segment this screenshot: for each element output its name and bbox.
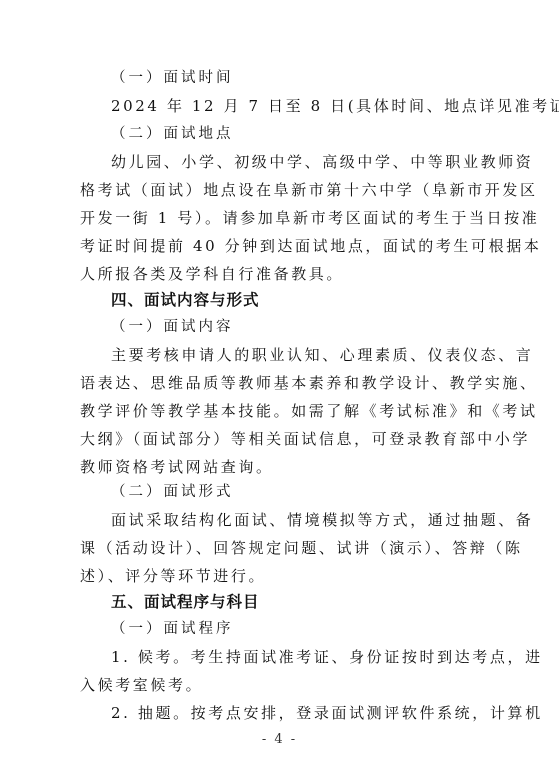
paragraph-line: 幼儿园、小学、初级中学、高级中学、中等职业教师资 bbox=[111, 152, 478, 172]
paragraph-line: 教学评价等教学基本技能。如需了解《考试标准》和《考试 bbox=[80, 401, 478, 421]
subheading-interview-content: （一）面试内容 bbox=[111, 317, 478, 337]
section-heading-content-format: 四、面试内容与形式 bbox=[111, 290, 478, 310]
paragraph-line: 大纲》（面试部分）等相关面试信息，可登录教育部中小学 bbox=[80, 429, 478, 449]
page-number: - 4 - bbox=[0, 732, 559, 747]
paragraph-line: 语表达、思维品质等教师基本素养和教学设计、教学实施、 bbox=[80, 373, 478, 393]
document-page: （一）面试时间 2024 年 12 月 7 日至 8 日(具体时间、地点详见准考… bbox=[0, 0, 559, 775]
subheading-interview-time: （一）面试时间 bbox=[111, 68, 478, 88]
paragraph-line: 开发一街 1 号）。请参加阜新市考区面试的考生于当日按准 bbox=[80, 208, 478, 228]
paragraph-line: 教师资格考试网站查询。 bbox=[80, 457, 478, 477]
paragraph-line: 面试采取结构化面试、情境模拟等方式，通过抽题、备 bbox=[111, 510, 478, 530]
paragraph-line: 考证时间提前 40 分钟到达面试地点，面试的考生可根据本 bbox=[80, 236, 478, 256]
subheading-interview-format: （二）面试形式 bbox=[111, 482, 478, 502]
paragraph-line: 格考试（面试）地点设在阜新市第十六中学（阜新市开发区 bbox=[80, 180, 478, 200]
paragraph-line: 人所报各类及学科自行准备教具。 bbox=[80, 264, 478, 284]
paragraph-line: 主要考核申请人的职业认知、心理素质、仪表仪态、言 bbox=[111, 345, 478, 365]
subheading-interview-location: （二）面试地点 bbox=[111, 124, 478, 144]
subheading-interview-procedure: （一）面试程序 bbox=[111, 619, 478, 639]
paragraph-line: 课（活动设计）、回答规定问题、试讲（演示）、答辩（陈 bbox=[80, 538, 478, 558]
paragraph-line: 1. 候考。考生持面试准考证、身份证按时到达考点，进 bbox=[111, 647, 478, 667]
paragraph-line: 2. 抽题。按考点安排，登录面试测评软件系统，计算机 bbox=[111, 703, 478, 723]
paragraph-line: 入候考室候考。 bbox=[80, 675, 478, 695]
paragraph-line: 述）、评分等环节进行。 bbox=[80, 566, 478, 586]
paragraph-line: 2024 年 12 月 7 日至 8 日(具体时间、地点详见准考证)。 bbox=[111, 96, 478, 116]
section-heading-procedure-subjects: 五、面试程序与科目 bbox=[111, 592, 478, 612]
